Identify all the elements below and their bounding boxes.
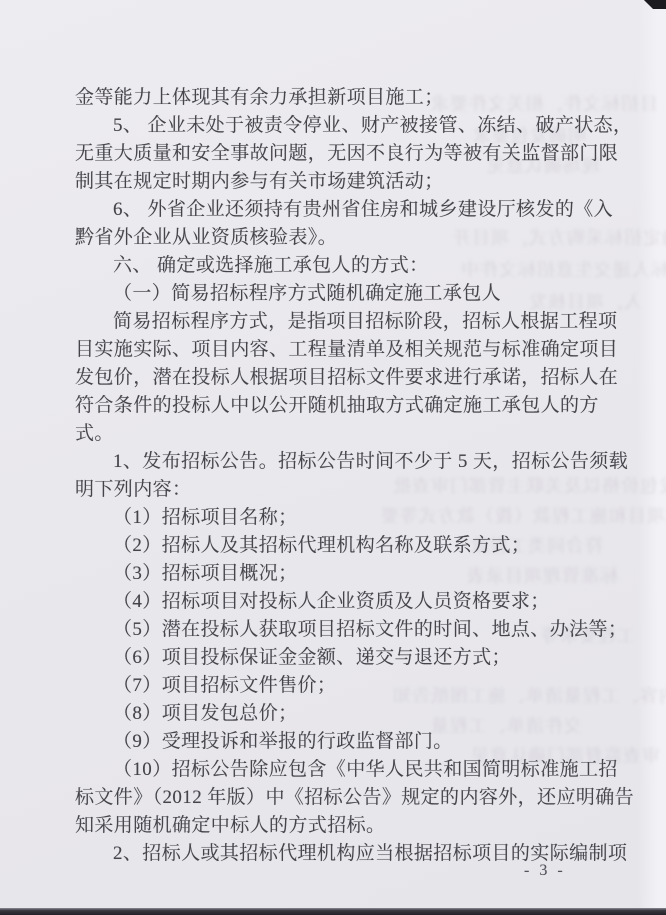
text-line: 标文件》（2012 年版）中《招标公告》规定的内容外，还应明确告: [75, 784, 609, 812]
text-line: 符合条件的投标人中以公开随机抽取方式确定施工承包人的方: [75, 392, 609, 420]
text-line: 6、 外省企业还须持有贵州省住房和城乡建设厅核发的《入: [75, 196, 609, 224]
text-line: 黔省外企业从业资质核验表》。: [75, 224, 609, 252]
scanner-corner-artifact: [642, 0, 666, 9]
text-line: （10）招标公告除应包含《中华人民共和国简明标准施工招: [75, 756, 609, 784]
text-line: 明下列内容：: [75, 476, 609, 504]
text-line: 目实施实际、项目内容、工程量清单及相关规范与标准确定项目: [75, 336, 609, 364]
page-number: - 3 -: [524, 862, 566, 880]
text-line: （5）潜在投标人获取项目招标文件的时间、地点、办法等；: [75, 616, 609, 644]
scan-edge-highlight: [638, 0, 666, 915]
text-line: （2）招标人及其招标代理机构名称及联系方式；: [75, 532, 609, 560]
document-text-block: 金等能力上体现其有余力承担新项目施工； 5、 企业未处于被责令停业、财产被接管、…: [75, 84, 609, 868]
text-line: （9）受理投诉和举报的行政监督部门。: [75, 728, 609, 756]
text-line: （6）项目投标保证金金额、递交与退还方式；: [75, 644, 609, 672]
scanned-document-page: 目招标文件，相关文件要求 明确发包要求 现场确认意见 本、确定招标采购方式，项目…: [0, 0, 666, 915]
text-line: （3）招标项目概况；: [75, 560, 609, 588]
text-line: 知采用随机确定中标人的方式招标。: [75, 812, 609, 840]
text-line: （一）简易招标程序方式随机确定施工承包人: [75, 280, 609, 308]
text-line: 1、发布招标公告。招标公告时间不少于 5 天，招标公告须载: [75, 448, 609, 476]
text-line: 六、 确定或选择施工承包人的方式：: [75, 252, 609, 280]
text-line: 5、 企业未处于被责令停业、财产被接管、冻结、破产状态，: [75, 112, 609, 140]
text-line: 金等能力上体现其有余力承担新项目施工；: [75, 84, 609, 112]
text-line: 简易招标程序方式，是指项目招标阶段，招标人根据工程项: [75, 308, 609, 336]
text-line: 发包价，潜在投标人根据项目招标文件要求进行承诺，招标人在: [75, 364, 609, 392]
text-line: 制其在规定时期内参与有关市场建筑活动；: [75, 168, 609, 196]
text-line: （7）项目招标文件售价；: [75, 672, 609, 700]
text-line: 式。: [75, 420, 609, 448]
text-line: （1）招标项目名称；: [75, 504, 609, 532]
text-line: 无重大质量和安全事故问题，无因不良行为等被有关监督部门限: [75, 140, 609, 168]
text-line: （4）招标项目对投标人企业资质及人员资格要求；: [75, 588, 609, 616]
scan-edge-bar: [0, 908, 666, 915]
text-line: （8）项目发包总价；: [75, 700, 609, 728]
